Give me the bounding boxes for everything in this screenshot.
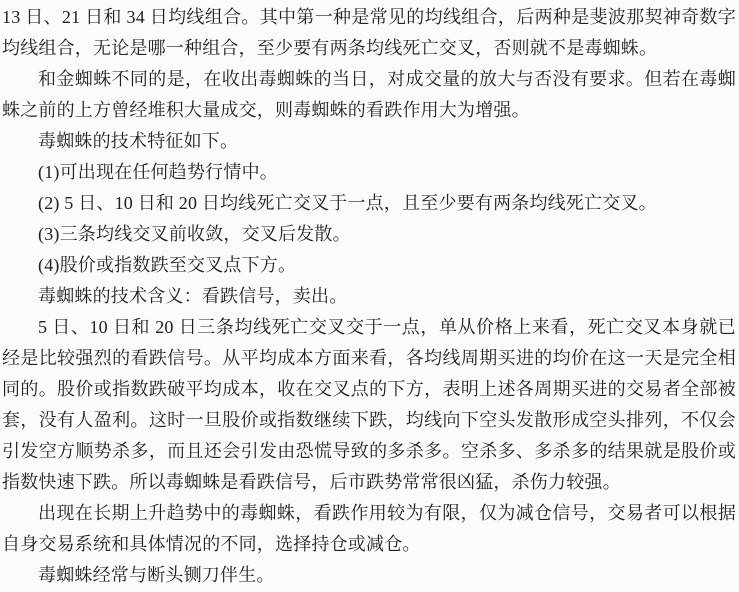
paragraph-text: 毒蜘蛛经常与断头铡刀伴生。 xyxy=(2,560,736,591)
list-item-1: (1)可出现在任何趋势行情中。 xyxy=(2,157,736,188)
list-item-3: (3)三条均线交叉前收敛，交叉后发散。 xyxy=(2,219,736,250)
paragraph-text: 5 日、10 日和 20 日三条均线死亡交叉交于一点，单从价格上来看，死亡交叉本… xyxy=(2,312,736,498)
paragraph-text: 13 日、21 日和 34 日均线组合。其中第一种是常见的均线组合，后两种是斐波… xyxy=(2,2,736,64)
book-page: 13 日、21 日和 34 日均线组合。其中第一种是常见的均线组合，后两种是斐波… xyxy=(0,0,739,592)
list-item-4: (4)股价或指数跌至交叉点下方。 xyxy=(2,250,736,281)
list-item-2: (2) 5 日、10 日和 20 日均线死亡交叉于一点，且至少要有两条均线死亡交… xyxy=(2,188,736,219)
paragraph-text: 毒蜘蛛的技术含义：看跌信号，卖出。 xyxy=(2,281,736,312)
paragraph-text: 和金蜘蛛不同的是，在收出毒蜘蛛的当日，对成交量的放大与否没有要求。但若在毒蜘蛛之… xyxy=(2,64,736,126)
paragraph-text: 出现在长期上升趋势中的毒蜘蛛，看跌作用较为有限，仅为减仓信号，交易者可以根据自身… xyxy=(2,498,736,560)
paragraph-text: 毒蜘蛛的技术特征如下。 xyxy=(2,126,736,157)
